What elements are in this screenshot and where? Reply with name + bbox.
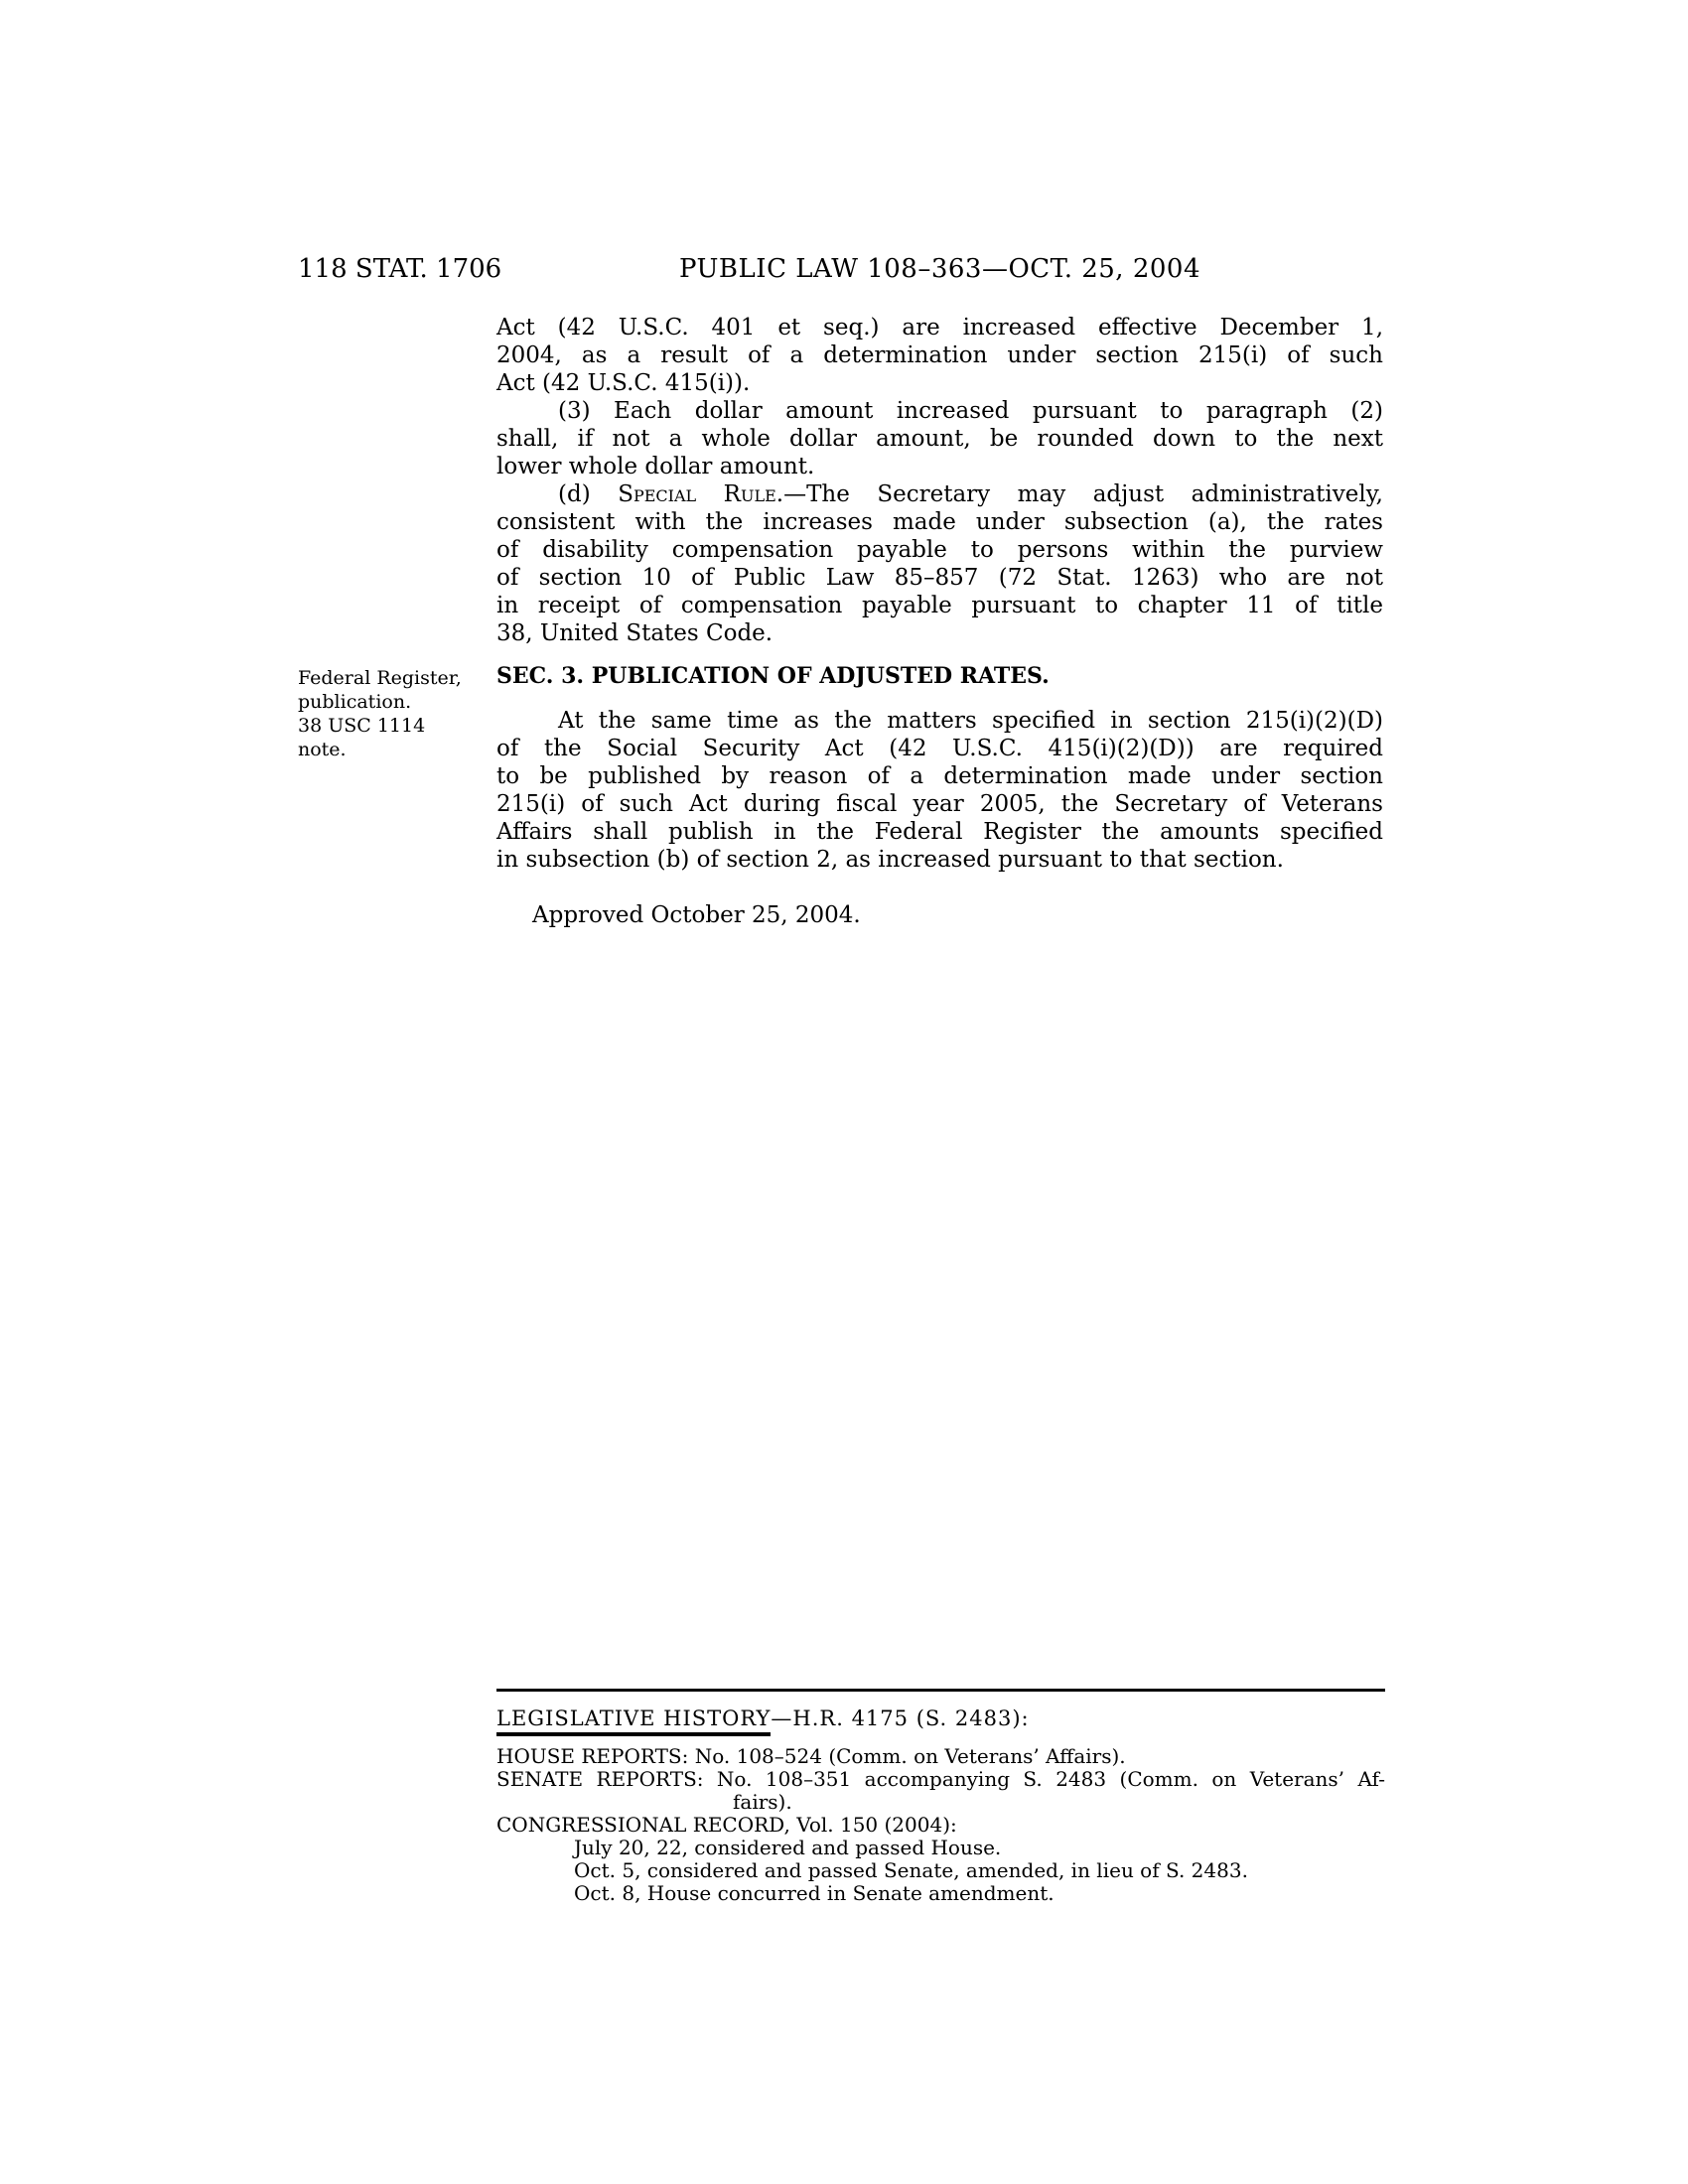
- margin-note-line: Federal Register,: [298, 666, 482, 690]
- margin-note-line: 38 USC 1114: [298, 714, 482, 738]
- statute-page: 118 STAT. 1706 PUBLIC LAW 108–363—OCT. 2…: [0, 0, 1688, 2184]
- record-item-2: Oct. 5, considered and passed Senate, am…: [496, 1859, 1385, 1882]
- paragraph-sec3: At the same time as the matters specifie…: [496, 707, 1383, 874]
- law-citation: PUBLIC LAW 108–363—OCT. 25, 2004: [496, 254, 1383, 284]
- record-item-3: Oct. 8, House concurred in Senate amendm…: [496, 1882, 1385, 1905]
- body-line: lower whole dollar amount.: [496, 453, 1383, 480]
- margin-note-line: publication.: [298, 690, 482, 714]
- history-title: LEGISLATIVE HISTORY—H.R. 4175 (S. 2483):: [496, 1706, 1385, 1731]
- body-line: 38, United States Code.: [496, 619, 1383, 647]
- body-line: 2004, as a result of a determination und…: [496, 341, 1383, 369]
- history-top-rule: [496, 1689, 1385, 1692]
- body-line: At the same time as the matters specifie…: [496, 707, 1383, 735]
- stat-citation: 118 STAT. 1706: [298, 254, 501, 284]
- body-line: (3) Each dollar amount increased pursuan…: [496, 397, 1383, 425]
- senate-reports-line: SENATE REPORTS: No. 108–351 accompanying…: [496, 1768, 1385, 1791]
- subsection-label: (d): [558, 481, 618, 507]
- paragraph-d-special-rule: (d) Special Rule.—The Secretary may adju…: [496, 480, 1383, 647]
- body-line: (d) Special Rule.—The Secretary may adju…: [496, 480, 1383, 508]
- body-line: Act (42 U.S.C. 415(i)).: [496, 369, 1383, 397]
- body-line: consistent with the increases made under…: [496, 508, 1383, 536]
- body-line: Act (42 U.S.C. 401 et seq.) are increase…: [496, 314, 1383, 341]
- record-item-1: July 20, 22, considered and passed House…: [496, 1837, 1385, 1859]
- senate-reports-continuation: fairs).: [496, 1791, 1385, 1814]
- body-line: of disability compensation payable to pe…: [496, 536, 1383, 564]
- body-column: Act (42 U.S.C. 401 et seq.) are increase…: [496, 314, 1383, 929]
- section-3-heading: SEC. 3. PUBLICATION OF ADJUSTED RATES.: [496, 663, 1383, 689]
- body-line: in receipt of compensation payable pursu…: [496, 592, 1383, 619]
- body-line: 215(i) of such Act during fiscal year 20…: [496, 790, 1383, 818]
- body-line: to be published by reason of a determina…: [496, 762, 1383, 790]
- margin-note: Federal Register, publication. 38 USC 11…: [298, 666, 482, 761]
- body-line: of the Social Security Act (42 U.S.C. 41…: [496, 735, 1383, 762]
- history-title-underlined: LEGISLATIVE HISTORY: [496, 1706, 771, 1736]
- body-line-text: .—The Secretary may adjust administrativ…: [776, 481, 1383, 507]
- margin-note-line: note.: [298, 738, 482, 761]
- body-line: of section 10 of Public Law 85–857 (72 S…: [496, 564, 1383, 592]
- approved-line: Approved October 25, 2004.: [496, 901, 1383, 929]
- senate-reports-entry: SENATE REPORTS: No. 108–351 accompanying…: [496, 1768, 1385, 1814]
- paragraph-act-continuation: Act (42 U.S.C. 401 et seq.) are increase…: [496, 314, 1383, 397]
- house-reports-entry: HOUSE REPORTS: No. 108–524 (Comm. on Vet…: [496, 1745, 1385, 1768]
- paragraph-3: (3) Each dollar amount increased pursuan…: [496, 397, 1383, 480]
- legislative-history: LEGISLATIVE HISTORY—H.R. 4175 (S. 2483):…: [496, 1689, 1385, 1905]
- history-title-suffix: —H.R. 4175 (S. 2483):: [771, 1706, 1029, 1730]
- congressional-record-heading: CONGRESSIONAL RECORD, Vol. 150 (2004):: [496, 1814, 1385, 1837]
- special-rule-term: Special Rule: [618, 481, 776, 507]
- body-line: Affairs shall publish in the Federal Reg…: [496, 818, 1383, 846]
- body-line: in subsection (b) of section 2, as incre…: [496, 846, 1383, 874]
- body-line: shall, if not a whole dollar amount, be …: [496, 425, 1383, 453]
